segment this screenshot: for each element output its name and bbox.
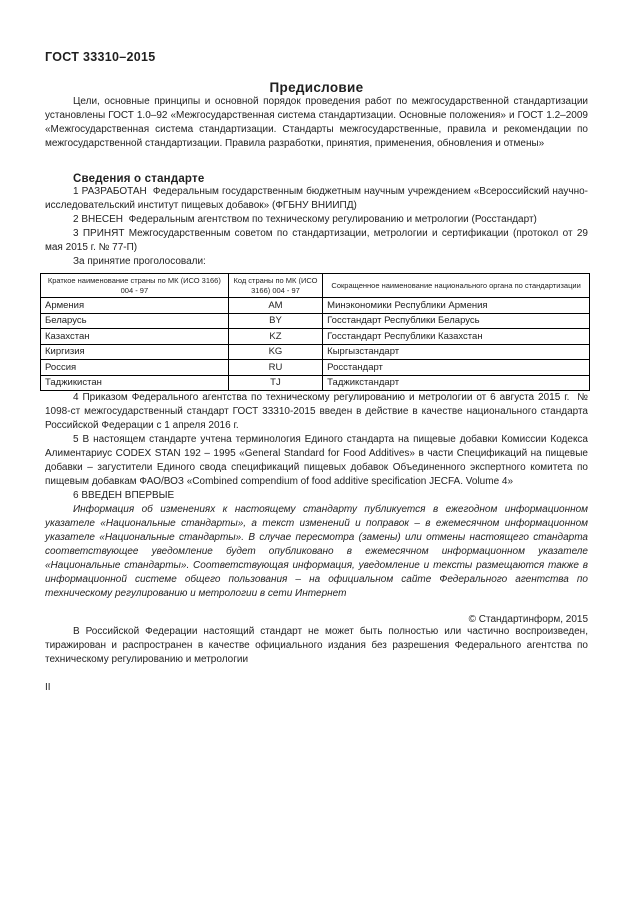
copyright-line: © Стандартинформ, 2015 <box>45 614 588 625</box>
standard-info-item-2: 2 ВНЕСЕН Федеральным агентством по техни… <box>45 213 588 227</box>
page-number: II <box>45 682 588 693</box>
standard-info-heading: Сведения о стандарте <box>73 173 588 185</box>
document-page: ГОСТ 33310–2015 Предисловие Цели, основн… <box>0 0 630 913</box>
voting-table-header-org: Сокращенное наименование национального о… <box>323 274 590 298</box>
code-cell: TJ <box>228 375 322 391</box>
amendments-notice: Информация об изменениях к настоящему ст… <box>45 503 588 601</box>
page-title: Предисловие <box>45 80 588 95</box>
country-cell: Казахстан <box>41 329 229 345</box>
vote-caption: За принятие проголосовали: <box>45 255 588 269</box>
country-cell: Россия <box>41 360 229 376</box>
table-row: Киргизия KG Кыргызстандарт <box>41 344 590 360</box>
standard-info-item-3: 3 ПРИНЯТ Межгосударственным советом по с… <box>45 227 588 255</box>
table-row: Казахстан KZ Госстандарт Республики Каза… <box>41 329 590 345</box>
org-cell: Росстандарт <box>323 360 590 376</box>
table-row: Россия RU Росстандарт <box>41 360 590 376</box>
voting-table: Краткое наименование страны по МК (ИСО 3… <box>40 273 590 391</box>
code-cell: RU <box>228 360 322 376</box>
country-cell: Армения <box>41 298 229 314</box>
org-cell: Минэкономики Республики Армения <box>323 298 590 314</box>
org-cell: Кыргызстандарт <box>323 344 590 360</box>
reproduction-notice: В Российской Федерации настоящий стандар… <box>45 625 588 667</box>
country-cell: Киргизия <box>41 344 229 360</box>
code-cell: BY <box>228 313 322 329</box>
intro-paragraph: Цели, основные принципы и основной поряд… <box>45 95 588 151</box>
table-row: Беларусь BY Госстандарт Республики Белар… <box>41 313 590 329</box>
standard-info-item-6: 6 ВВЕДЕН ВПЕРВЫЕ <box>45 489 588 503</box>
voting-table-header-country: Краткое наименование страны по МК (ИСО 3… <box>41 274 229 298</box>
voting-table-header-code: Код страны по МК (ИСО 3166) 004 - 97 <box>228 274 322 298</box>
org-cell: Госстандарт Республики Казахстан <box>323 329 590 345</box>
voting-table-header-row: Краткое наименование страны по МК (ИСО 3… <box>41 274 590 298</box>
standard-info-item-5: 5 В настоящем стандарте учтена терминоло… <box>45 433 588 489</box>
org-cell: Таджикстандарт <box>323 375 590 391</box>
code-cell: KZ <box>228 329 322 345</box>
code-cell: AM <box>228 298 322 314</box>
org-cell: Госстандарт Республики Беларусь <box>323 313 590 329</box>
country-cell: Таджикистан <box>41 375 229 391</box>
country-cell: Беларусь <box>41 313 229 329</box>
standard-info-item-4: 4 Приказом Федерального агентства по тех… <box>45 391 588 433</box>
code-cell: KG <box>228 344 322 360</box>
document-code: ГОСТ 33310–2015 <box>45 50 588 64</box>
table-row: Таджикистан TJ Таджикстандарт <box>41 375 590 391</box>
table-row: Армения AM Минэкономики Республики Армен… <box>41 298 590 314</box>
standard-info-item-1: 1 РАЗРАБОТАН Федеральным государственным… <box>45 185 588 213</box>
